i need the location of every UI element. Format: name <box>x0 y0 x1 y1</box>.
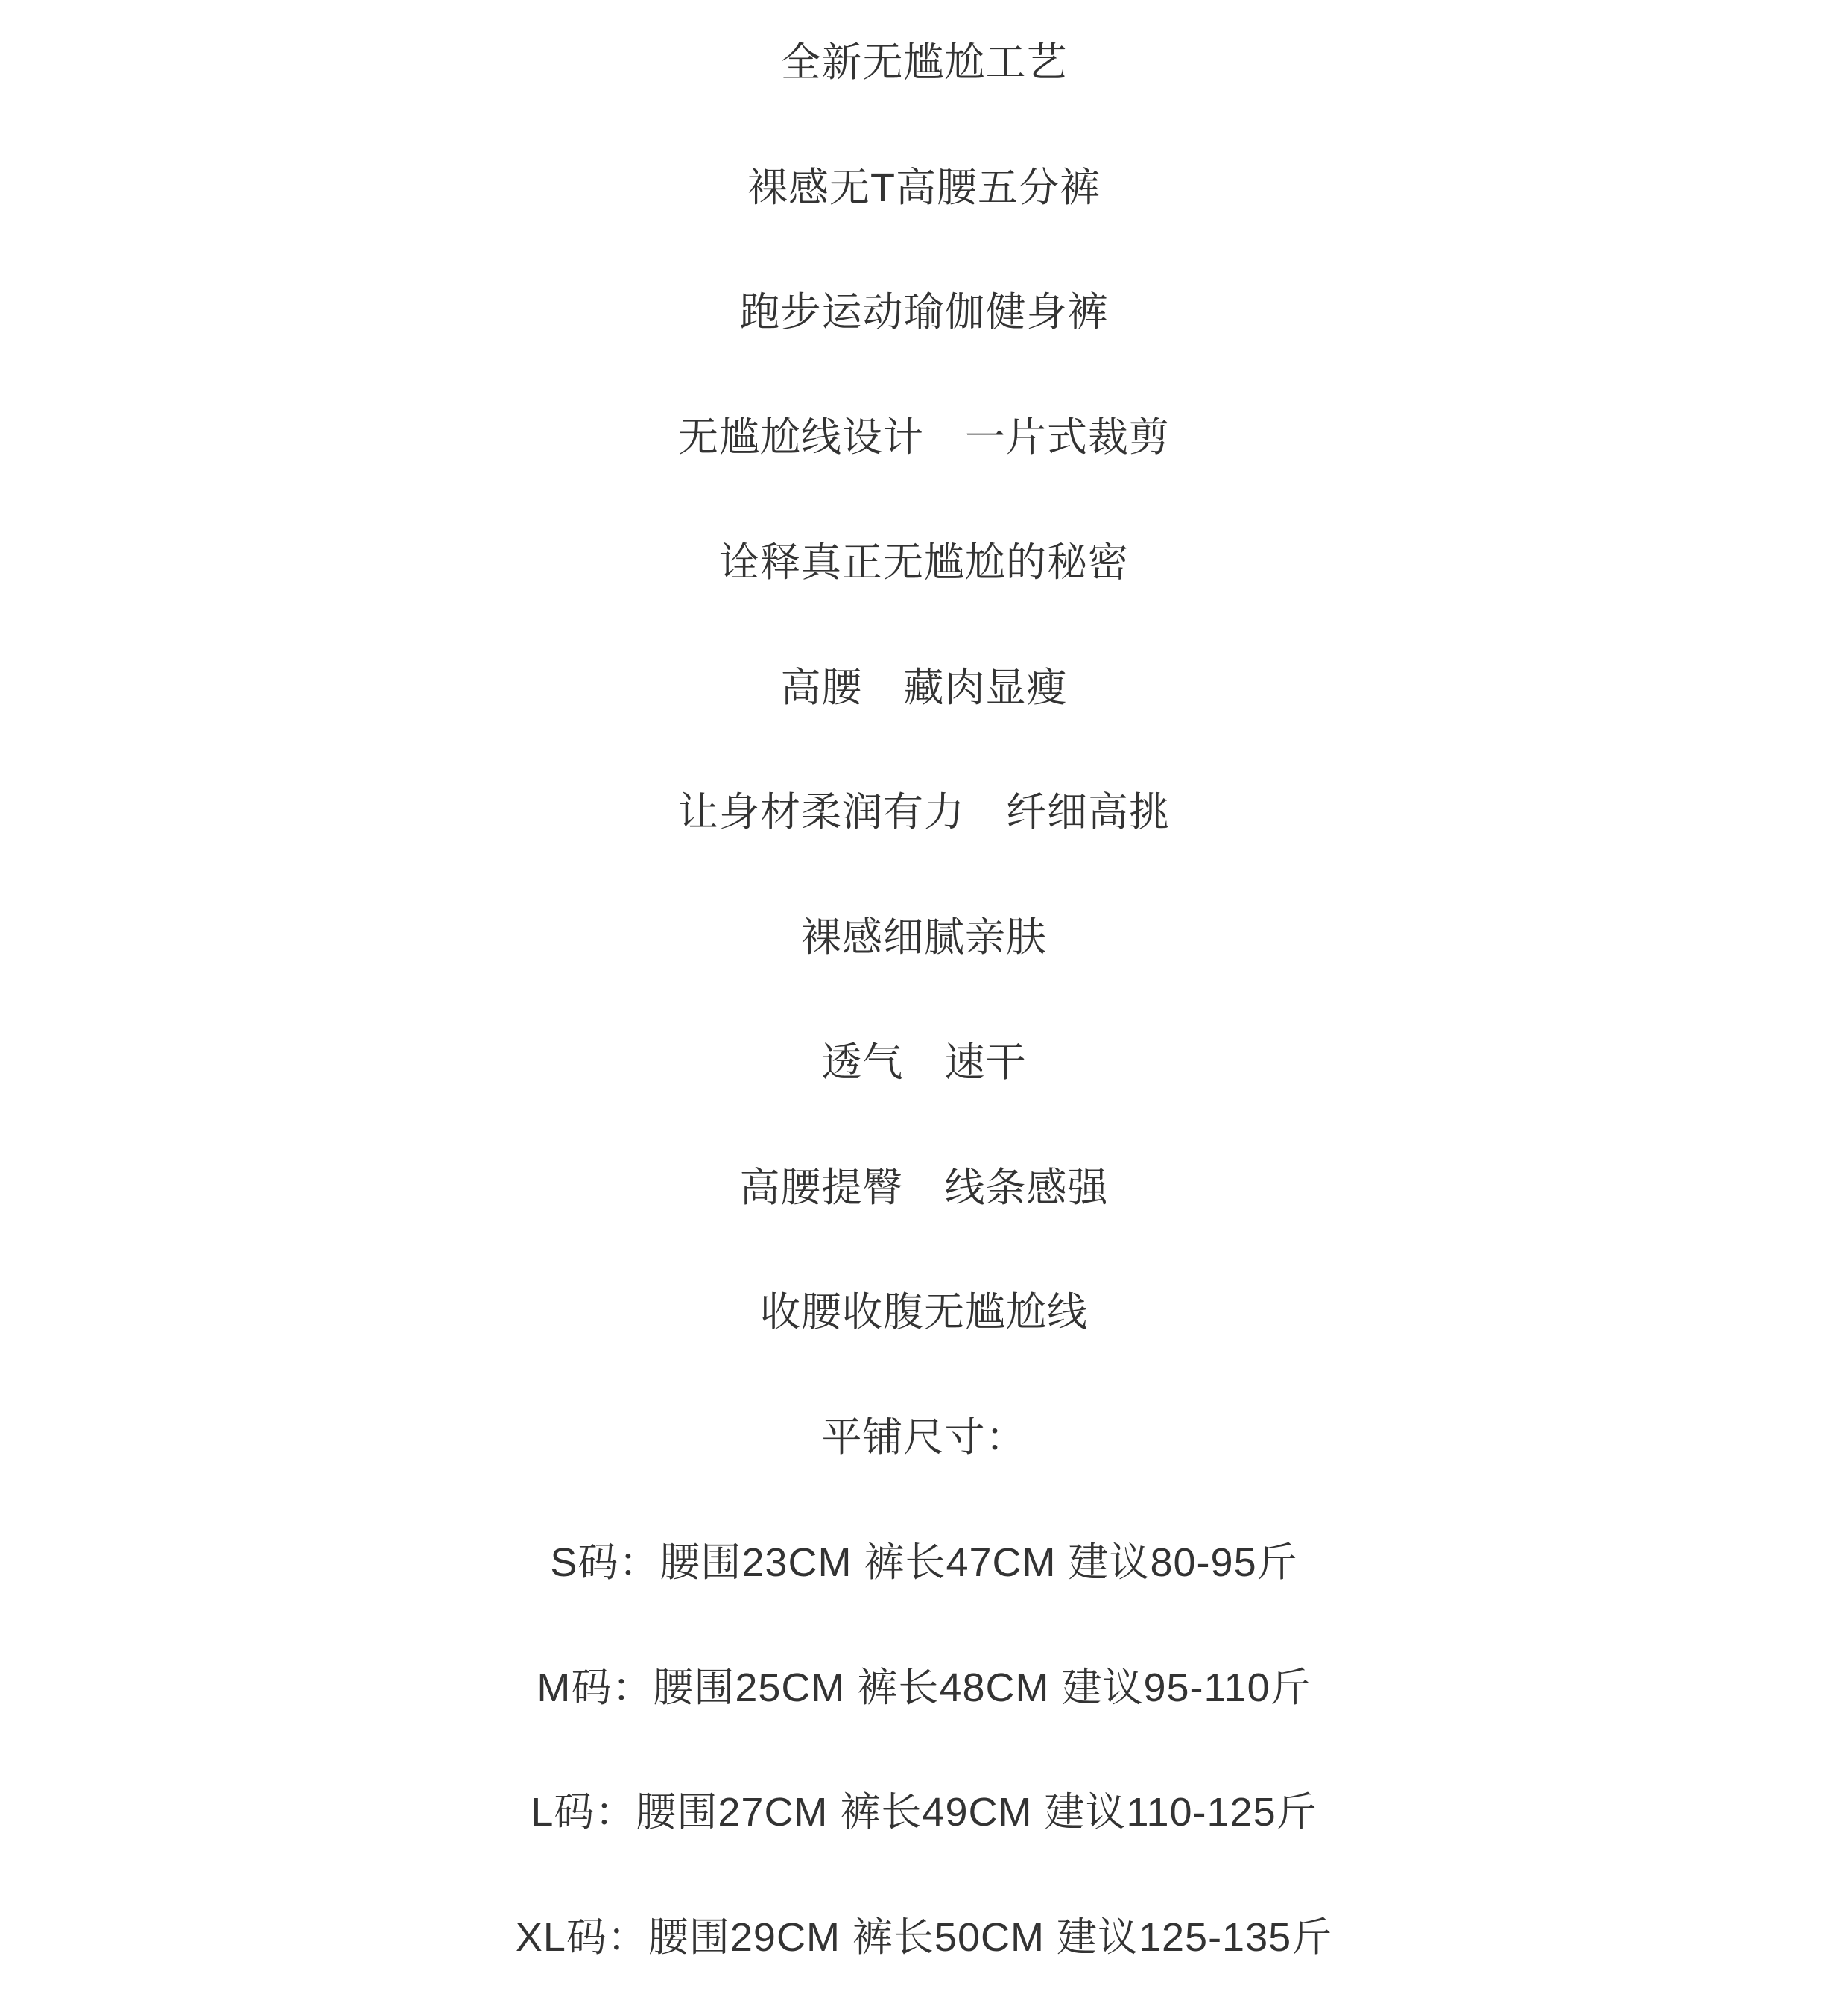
size-row-l: L码：腰围27CM 裤长49CM 建议110-125斤 <box>0 1750 1848 1876</box>
feature-breathable: 透气 速干 <box>0 1000 1848 1125</box>
size-section-header: 平铺尺寸： <box>0 1375 1848 1500</box>
text-column: 全新无尴尬工艺 裸感无T高腰五分裤 跑步运动瑜伽健身裤 无尴尬线设计 一片式裁剪… <box>0 0 1848 2000</box>
headline-product-name: 裸感无T高腰五分裤 <box>0 125 1848 250</box>
feature-hip-lift: 高腰提臀 线条感强 <box>0 1125 1848 1250</box>
feature-body-shape: 让身材柔润有力 纤细高挑 <box>0 750 1848 876</box>
size-row-xl: XL码：腰围29CM 裤长50CM 建议125-135斤 <box>0 1875 1848 2000</box>
product-description-page: 全新无尴尬工艺 裸感无T高腰五分裤 跑步运动瑜伽健身裤 无尴尬线设计 一片式裁剪… <box>0 0 1848 2000</box>
size-row-s: S码：腰围23CM 裤长47CM 建议80-95斤 <box>0 1500 1848 1625</box>
feature-seamless-design: 无尴尬线设计 一片式裁剪 <box>0 375 1848 500</box>
size-row-m: M码：腰围25CM 裤长48CM 建议95-110斤 <box>0 1625 1848 1750</box>
headline-new-craft: 全新无尴尬工艺 <box>0 0 1848 125</box>
feature-high-waist: 高腰 藏肉显瘦 <box>0 625 1848 750</box>
feature-skin-friendly: 裸感细腻亲肤 <box>0 875 1848 1000</box>
headline-usage: 跑步运动瑜伽健身裤 <box>0 250 1848 376</box>
feature-tummy-control: 收腰收腹无尴尬线 <box>0 1250 1848 1376</box>
feature-secret: 诠释真正无尴尬的秘密 <box>0 500 1848 625</box>
